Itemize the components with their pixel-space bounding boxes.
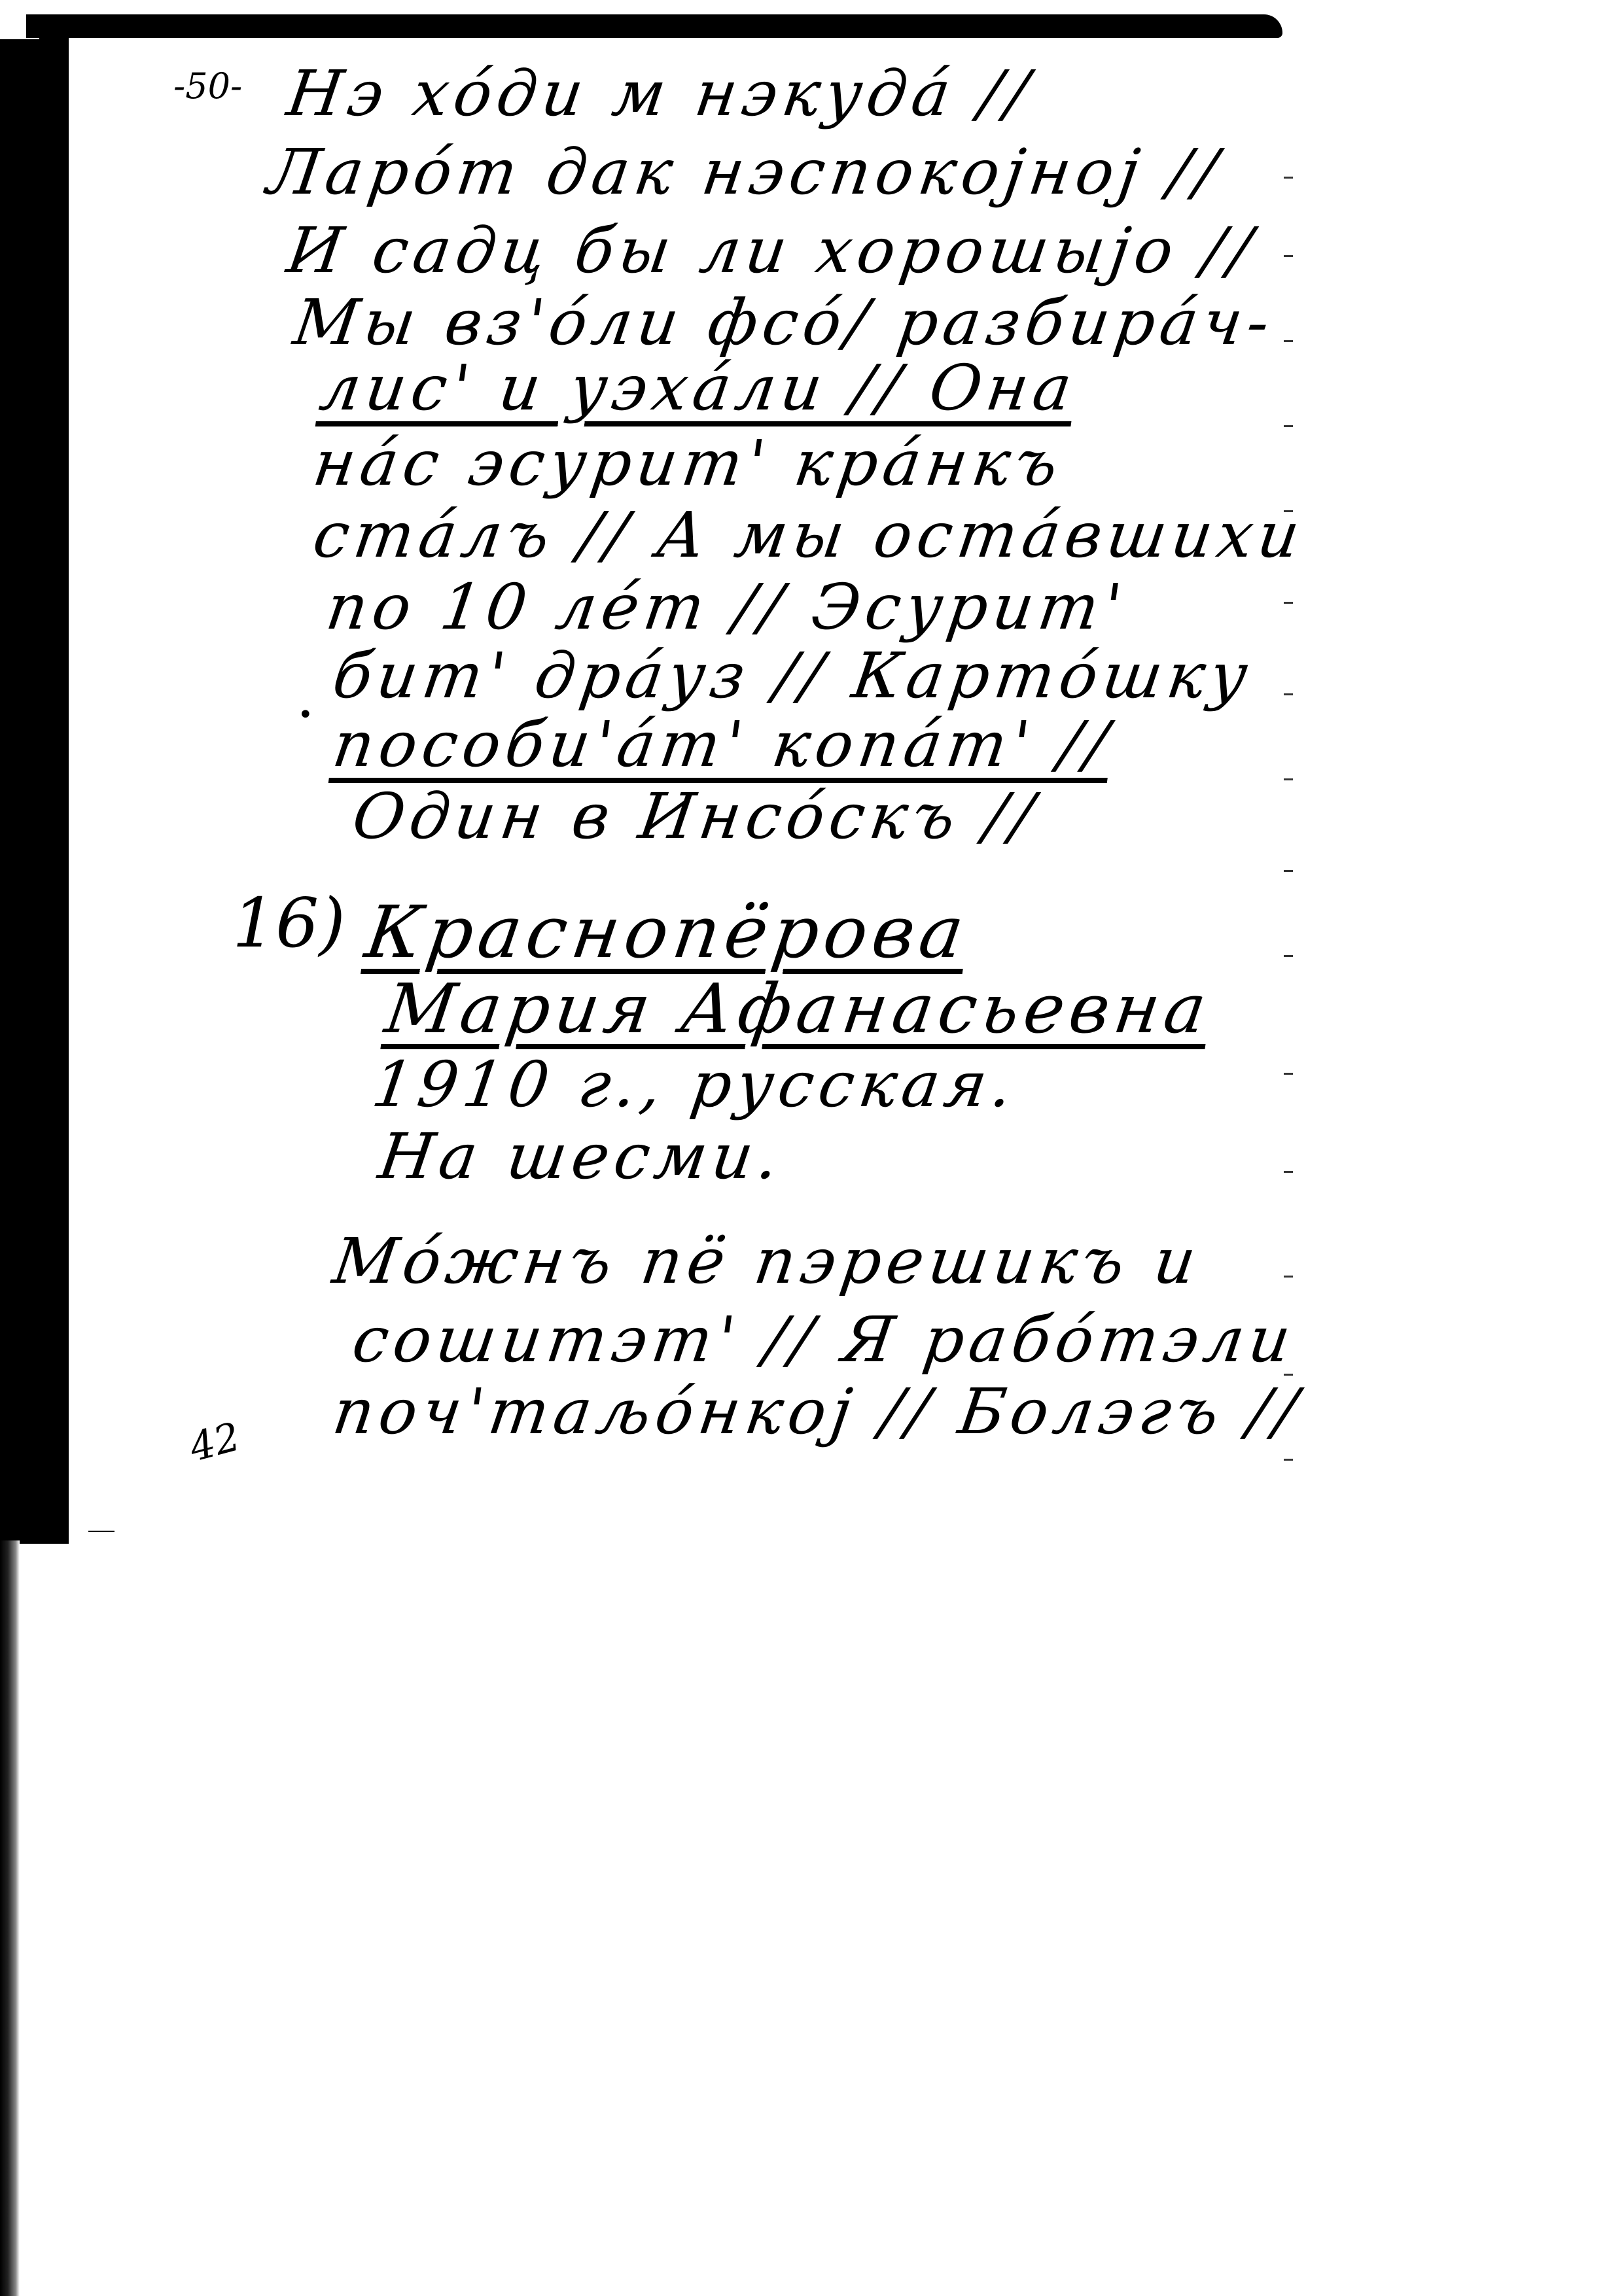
transcript-line: Мы вз'óли фсó/ разбирáч- xyxy=(290,291,1278,354)
transcript-line: лис' и уэхáли // Она xyxy=(316,357,1080,419)
scan-binding-edge xyxy=(0,39,69,1544)
entry-number: 16) xyxy=(232,883,345,963)
transcript-line: пособи'áт' копáт' // xyxy=(329,713,1116,776)
scan-binding-shadow xyxy=(0,1540,20,2296)
margin-tick-mark: • xyxy=(298,700,313,730)
page-number: -50- xyxy=(173,65,242,107)
transcript-line: И садц бы ли хорошыјо // xyxy=(283,219,1260,282)
informant-given-names: Мария Афанасьевна xyxy=(381,975,1216,1043)
informant-surname: Краснопёрова xyxy=(361,896,973,968)
transcript-line: Ларóт дак нэспокојној // xyxy=(264,141,1226,203)
underlined-word: пособи'áт' копáт' // xyxy=(328,708,1118,781)
transcript-line: стáлъ // А мы остáвшихи xyxy=(309,504,1308,566)
informant-location: На шесми. xyxy=(375,1125,787,1188)
entry-transcript-line: сошитэт' // Я рабóтэли xyxy=(349,1308,1299,1371)
entry-transcript-line: Мóжнъ пё пэрешикъ и xyxy=(329,1230,1205,1293)
transcript-line: нáс эсурит' крáнкъ xyxy=(309,432,1067,495)
entry-transcript-line: поч'таљóнкој // Болэгъ // xyxy=(329,1380,1306,1443)
transcript-line: по 10 лéт // Эсурит' xyxy=(323,576,1131,638)
informant-year-nationality: 1910 г., русская. xyxy=(368,1053,1021,1116)
transcript-line: бит' дрáуз // Картóшку xyxy=(329,644,1256,707)
transcript-line: Один в Инсóскъ // xyxy=(349,785,1042,848)
scan-top-edge xyxy=(26,14,1282,38)
underlined-word: лис' и уэхáли // Она xyxy=(315,351,1081,425)
page-corner-mark xyxy=(88,1531,115,1532)
transcript-line: Нэ хóди м нэкудá // xyxy=(283,62,1037,125)
